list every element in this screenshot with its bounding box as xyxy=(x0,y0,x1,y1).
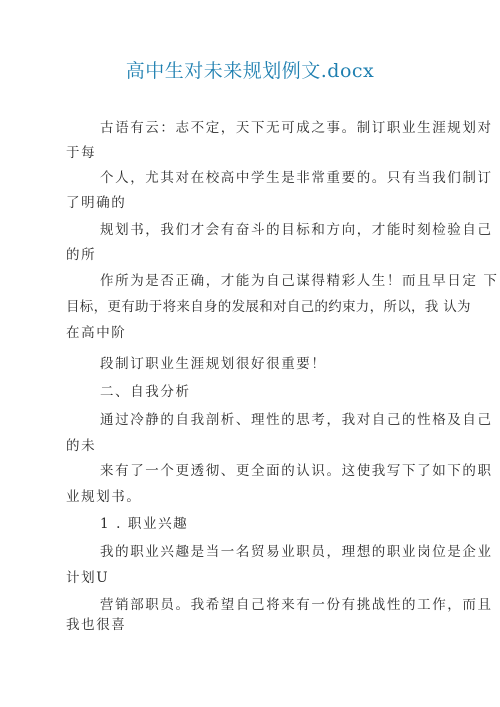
paragraph-line: 通过冷静的自我剖析、理性的思考，我对自己的性格及自己 xyxy=(100,411,436,429)
paragraph-line: 规划书，我们才会有奋斗的目标和方向，才能时刻检验自己 xyxy=(100,221,436,239)
paragraph-line: 于每 xyxy=(66,144,436,162)
paragraph-line: 作所为是否正确，才能为自己谋得精彩人生！而且早日定 下 xyxy=(100,272,436,290)
paragraph-line: 来有了一个更透彻、更全面的认识。这使我写下了如下的职 xyxy=(100,462,436,480)
paragraph-line: 目标，更有助于将来自身的发展和对自己的约束力，所以，我 认为 xyxy=(66,298,436,316)
section-heading: 二、自我分析 xyxy=(100,383,436,401)
paragraph-line: 个人，尤其对在校高中学生是非常重要的。只有当我们制订 xyxy=(100,169,436,187)
paragraph-line: 古语有云：志不定，天下无可成之事。制订职业生涯规划对 xyxy=(100,119,436,137)
paragraph-line: 的所 xyxy=(66,246,436,264)
paragraph-line: 业规划书。 xyxy=(66,488,436,506)
paragraph-line: 在高中阶 xyxy=(66,324,436,342)
document-title: 高中生对未来规划例文.docx xyxy=(0,56,500,83)
paragraph-line: 我的职业兴趣是当一名贸易业职员，理想的职业岗位是企业 xyxy=(100,543,436,561)
subsection-heading: 1 . 职业兴趣 xyxy=(100,515,436,533)
paragraph-line: 段制订职业生涯规划很好很重要！ xyxy=(100,355,436,373)
paragraph-line: 我也很喜 xyxy=(66,616,436,634)
paragraph-line: 计划U xyxy=(66,569,436,587)
paragraph-line: 营销部职员。我希望自己将来有一份有挑战性的工作，而且 xyxy=(100,596,436,614)
paragraph-line: 了明确的 xyxy=(66,194,436,212)
document-page: 高中生对未来规划例文.docx 古语有云：志不定，天下无可成之事。制订职业生涯规… xyxy=(0,0,500,707)
paragraph-line: 的未 xyxy=(66,437,436,455)
